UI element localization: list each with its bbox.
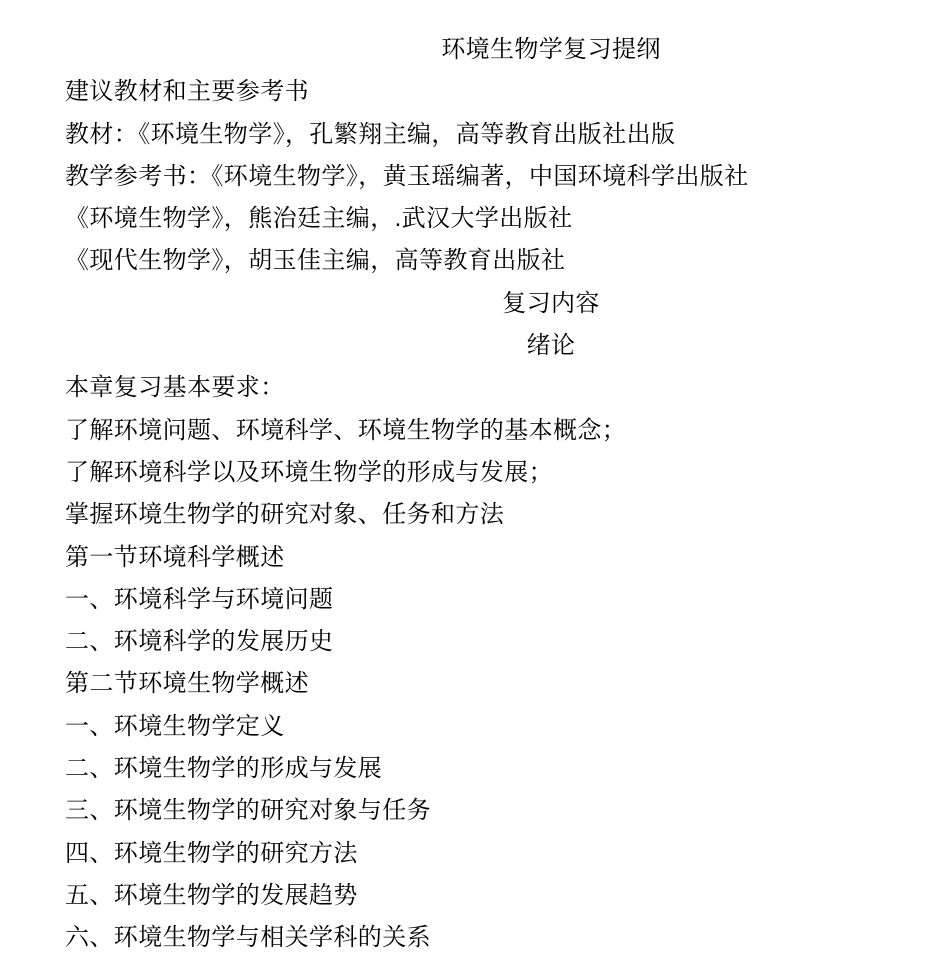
section-2-item-5: 五、环境生物学的发展趋势 bbox=[0, 875, 951, 917]
suggested-books-heading: 建议教材和主要参考书 bbox=[0, 71, 951, 113]
reference-book-line-1: 教学参考书：《环境生物学》，黄玉瑶编著，中国环境科学出版社 bbox=[0, 156, 951, 198]
document-page: 环境生物学复习提纲 建议教材和主要参考书 教材：《环境生物学》，孔繁翔主编，高等… bbox=[0, 0, 951, 960]
review-content-heading: 复习内容 bbox=[0, 283, 951, 325]
section-2-item-2: 二、环境生物学的形成与发展 bbox=[0, 748, 951, 790]
chapter-requirements-heading: 本章复习基本要求： bbox=[0, 367, 951, 409]
requirement-line-3: 掌握环境生物学的研究对象、任务和方法 bbox=[0, 494, 951, 536]
section-2-item-6: 六、环境生物学与相关学科的关系 bbox=[0, 917, 951, 959]
section-1-heading: 第一节环境科学概述 bbox=[0, 537, 951, 579]
section-1-item-2: 二、环境科学的发展历史 bbox=[0, 621, 951, 663]
reference-book-line-2: 《环境生物学》，熊治廷主编，.武汉大学出版社 bbox=[0, 198, 951, 240]
section-2-item-4: 四、环境生物学的研究方法 bbox=[0, 833, 951, 875]
section-2-item-3: 三、环境生物学的研究对象与任务 bbox=[0, 790, 951, 832]
section-1-item-1: 一、环境科学与环境问题 bbox=[0, 579, 951, 621]
document-title: 环境生物学复习提纲 bbox=[0, 29, 951, 71]
textbook-line: 教材：《环境生物学》，孔繁翔主编，高等教育出版社出版 bbox=[0, 114, 951, 156]
section-2-heading: 第二节环境生物学概述 bbox=[0, 663, 951, 705]
introduction-heading: 绪论 bbox=[0, 325, 951, 367]
reference-book-line-3: 《现代生物学》，胡玉佳主编，高等教育出版社 bbox=[0, 240, 951, 282]
section-2-item-1: 一、环境生物学定义 bbox=[0, 706, 951, 748]
requirement-line-2: 了解环境科学以及环境生物学的形成与发展； bbox=[0, 452, 951, 494]
requirement-line-1: 了解环境问题、环境科学、环境生物学的基本概念； bbox=[0, 410, 951, 452]
